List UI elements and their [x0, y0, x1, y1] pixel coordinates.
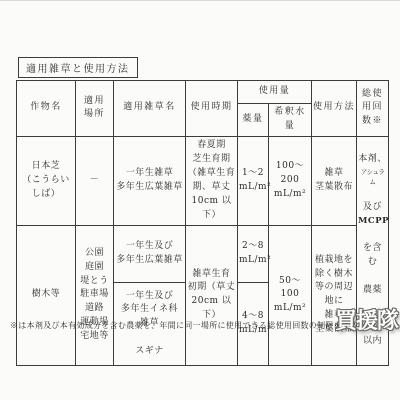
footnote: ※は本剤及び本有効成分を含む農薬を、年間に同一場所に使用できる総使用回数の制限を… — [10, 320, 366, 331]
cell-trees-crop: 樹木等 — [17, 225, 76, 366]
limit-text-2: 及び — [363, 202, 382, 212]
row-trees-broadleaf: 樹木等 公園 庭園 堤とう 駐車場 道路 運動場 宅地等 一年生及び 多年生広葉… — [17, 225, 389, 283]
cell-lawn-timing: 春夏期 芝生育期 （雑草生育 期、草丈 10cm 以下） — [186, 136, 238, 225]
header-weed: 適用雑草名 — [114, 81, 186, 137]
cell-lawn-crop: 日本芝 （こうらいしば） — [17, 136, 76, 225]
row-japanese-lawn: 日本芝 （こうらいしば） － 一年生雑草 多年生広葉雑草 春夏期 芝生育期 （雑… — [17, 136, 389, 225]
header-timing: 使用時期 — [186, 81, 238, 137]
cell-trees-place: 公園 庭園 堤とう 駐車場 道路 運動場 宅地等 — [76, 225, 114, 366]
header-row-1: 作物名 適用 場所 適用雑草名 使用時期 使用量 使用方法 総使 用回 数※ — [17, 81, 389, 104]
cell-lawn-dilution: 100～200 mL/m² — [269, 136, 312, 225]
limit-text-5: 農薬 — [358, 284, 387, 298]
page-title: 適用雑草と使用方法 — [18, 57, 138, 78]
limit-text-mcpp: MCPP — [358, 215, 387, 228]
limit-text-asulam: アシュラム — [358, 167, 387, 187]
scan-edge-line — [0, 0, 400, 1]
cell-trees-dose-broadleaf: 2～8 mL/m² — [238, 225, 269, 283]
header-amount-group: 使用量 — [238, 81, 312, 104]
cell-lawn-weed: 一年生雑草 多年生広葉雑草 — [114, 136, 186, 225]
cell-trees-timing: 雑草生育 初期（草丈 20cm 以下） — [186, 225, 238, 366]
limit-text-4: む — [358, 256, 387, 270]
cell-lawn-dose: 1～2 mL/m² — [238, 136, 269, 225]
header-dose: 薬量 — [238, 104, 269, 137]
cell-lawn-place: － — [76, 136, 114, 225]
limit-text-1: 本剤、 — [358, 154, 387, 164]
watermark-kaientai: 買援隊 — [335, 304, 398, 335]
header-total-count: 総使 用回 数※ — [357, 81, 389, 137]
cell-trees-dilution: 50～100 mL/m² — [269, 225, 312, 366]
header-place: 適用 場所 — [76, 81, 114, 137]
header-dilution: 希釈水量 — [269, 104, 312, 137]
header-method: 使用方法 — [312, 81, 357, 137]
limit-text-3: を含 — [363, 243, 382, 253]
cell-lawn-method: 雑草 茎葉散布 — [312, 136, 357, 225]
cell-trees-method: 植栽地を 除く樹木 等の周辺 地に 雑草 茎葉散布 — [312, 225, 357, 366]
header-crop: 作物名 — [17, 81, 76, 137]
cell-trees-weed-broadleaf: 一年生及び 多年生広葉雑草 — [114, 225, 186, 283]
